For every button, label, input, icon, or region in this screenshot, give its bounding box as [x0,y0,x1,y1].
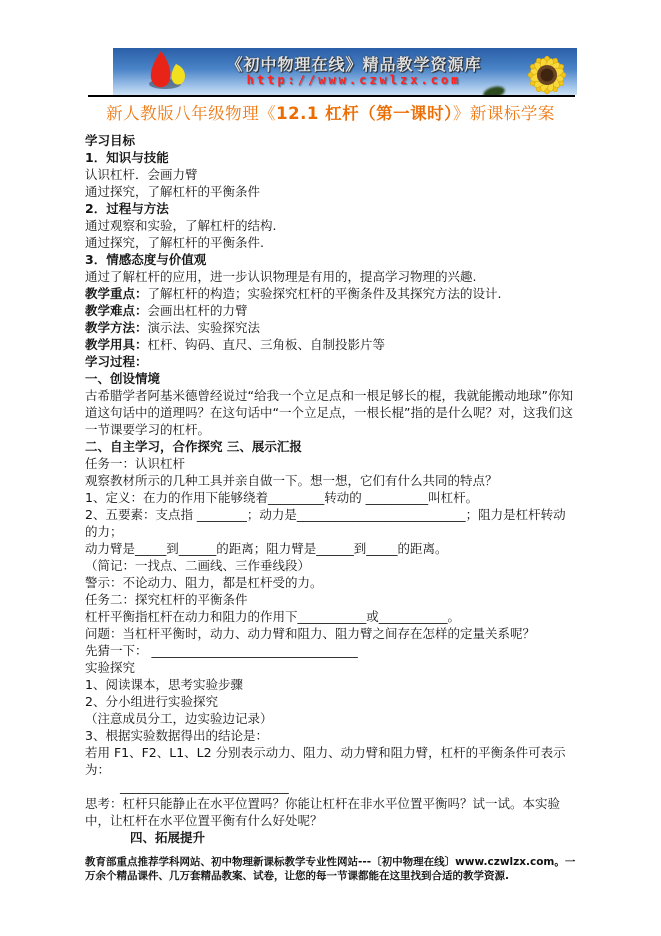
page-title-emphasis: 12.1 杠杆（第一课时） [276,104,453,123]
text-segment: 先猜一下： _________________________________ [85,643,358,658]
text-segment: 了解杠杆的构造；实验探究杠杆的平衡条件及其探究方法的设计. [148,286,502,301]
paragraph: 学习目标 [85,132,577,149]
text-segment: 二、自主学习，合作探究 三、展示汇报 [85,439,302,454]
page-title-prefix: 新人教版八年级物理《 [106,104,276,123]
text-segment: 杠杆平衡指杠杆在动力和阻力的作用下___________或___________… [85,609,460,624]
paragraph: 1．知识与技能 [85,149,577,166]
text-segment: 若用 F1、F2、L1、L2 分别表示动力、阻力、动力臂和阻力臂，杠杆的平衡条件… [85,745,566,777]
text-segment: 3．情感态度与价值观 [85,252,206,267]
text-segment: 教学用具： [85,337,148,352]
text-segment: 警示：不论动力、阻力，都是杠杆受的力。 [85,575,323,590]
paragraph: 认识杠杆．会画力臂 [85,166,577,183]
text-segment: 任务一：认识杠杆 [85,456,185,471]
paragraph: 二、自主学习，合作探究 三、展示汇报 [85,438,577,455]
paragraph: 通过观察和实验，了解杠杆的结构. [85,217,577,234]
banner-divider [88,95,575,97]
paragraph: 1、定义：在力的作用下能够绕着_________转动的 __________叫杠… [85,489,577,506]
text-segment: 教学重点： [85,286,148,301]
text-segment: 学习目标 [85,133,135,148]
text-segment: 实验探究 [85,660,135,675]
paragraph: 通过探究，了解杠杆的平衡条件. [85,234,577,251]
text-segment: 演示法、实验探究法 [148,320,261,335]
text-segment: 动力臂是_____到______的距离；阻力臂是______到_____的距离。 [85,541,448,556]
text-segment: 通过探究，了解杠杆的平衡条件 [85,184,260,199]
paragraph: 思考：杠杆只能静止在水平位置吗？你能让杠杆在非水平位置平衡吗？试一试。本实验中，… [85,795,577,829]
text-segment: 1．知识与技能 [85,150,169,165]
paragraph: 通过了解杠杆的应用，进一步认识物理是有用的，提高学习物理的兴趣. [85,268,577,285]
text-segment: 1、定义：在力的作用下能够绕着_________转动的 __________叫杠… [85,490,478,505]
banner-site-title: 《初中物理在线》精品教学资源库 [191,57,517,74]
text-segment: 2、五要素：支点指 ________；动力是__________________… [85,507,566,539]
text-segment: 认识杠杆．会画力臂 [85,167,198,182]
page: 《初中物理在线》精品教学资源库 http://www.czwlzx.com [0,0,661,936]
paragraph: 1、阅读课本，思考实验步骤 [85,676,577,693]
text-segment: 1、阅读课本，思考实验步骤 [85,677,243,692]
paragraph-container: 学习目标1．知识与技能认识杠杆．会画力臂通过探究，了解杠杆的平衡条件2．过程与方… [85,132,577,846]
paragraph: （注意成员分工，边实验边记录） [85,710,577,727]
flame-logo-icon [143,50,191,94]
text-segment: 思考：杠杆只能静止在水平位置吗？你能让杠杆在非水平位置平衡吗？试一试。本实验中，… [85,796,560,828]
paragraph: 3、根据实验数据得出的结论是： [85,727,577,744]
paragraph: 教学重点：了解杠杆的构造；实验探究杠杆的平衡条件及其探究方法的设计. [85,285,577,302]
paragraph: 教学方法：演示法、实验探究法 [85,319,577,336]
paragraph: 杠杆平衡指杠杆在动力和阻力的作用下___________或___________… [85,608,577,625]
paragraph: 2、五要素：支点指 ________；动力是__________________… [85,506,577,540]
footer-text: 教育部重点推荐学科网站、初中物理新课标教学专业性网站---〔初中物理在线〕www… [85,855,577,883]
text-segment: 观察教材所示的几种工具并亲自做一下。想一想，它们有什么共同的特点？ [85,473,498,488]
paragraph: 任务二：探究杠杆的平衡条件 [85,591,577,608]
text-segment: 任务二：探究杠杆的平衡条件 [85,592,248,607]
text-segment: 会画出杠杆的力臂 [148,303,248,318]
page-title: 新人教版八年级物理《12.1 杠杆（第一课时）》新课标学案 [0,100,661,124]
site-banner: 《初中物理在线》精品教学资源库 http://www.czwlzx.com [113,48,577,95]
page-title-suffix: 》新课标学案 [453,104,555,123]
text-segment: 2、分小组进行实验探究 [85,694,218,709]
text-segment: 通过观察和实验，了解杠杆的结构. [85,218,276,233]
text-segment: 2．过程与方法 [85,201,169,216]
paragraph: 实验探究 [85,659,577,676]
paragraph: 一、创设情境 [85,370,577,387]
text-segment: 通过了解杠杆的应用，进一步认识物理是有用的，提高学习物理的兴趣. [85,269,476,284]
text-segment: （注意成员分工，边实验边记录） [85,711,273,726]
paragraph: 古希腊学者阿基米德曾经说过“给我一个立足点和一根足够长的棍，我就能搬动地球”你知… [85,387,577,438]
paragraph: 2、分小组进行实验探究 [85,693,577,710]
text-segment: 四、拓展提升 [130,830,205,845]
paragraph: 学习过程： [85,353,577,370]
sunflower-icon [507,48,577,95]
text-segment: 问题：当杠杆平衡时，动力、动力臂和阻力、阻力臂之间存在怎样的定量关系呢？ [85,626,535,641]
paragraph: （简记：一找点、二画线、三作垂线段） [85,557,577,574]
paragraph: 动力臂是_____到______的距离；阻力臂是______到_____的距离。 [85,540,577,557]
paragraph: 警示：不论动力、阻力，都是杠杆受的力。 [85,574,577,591]
text-segment: （简记：一找点、二画线、三作垂线段） [85,558,310,573]
paragraph: ___________________________ [85,778,577,795]
text-segment: 教学方法： [85,320,148,335]
document-body: 学习目标1．知识与技能认识杠杆．会画力臂通过探究，了解杠杆的平衡条件2．过程与方… [85,132,577,883]
paragraph: 3．情感态度与价值观 [85,251,577,268]
paragraph: 观察教材所示的几种工具并亲自做一下。想一想，它们有什么共同的特点？ [85,472,577,489]
text-segment: 3、根据实验数据得出的结论是： [85,728,268,743]
paragraph: 教学用具：杠杆、钩码、直尺、三角板、自制投影片等 [85,336,577,353]
paragraph: 若用 F1、F2、L1、L2 分别表示动力、阻力、动力臂和阻力臂，杠杆的平衡条件… [85,744,577,778]
paragraph: 任务一：认识杠杆 [85,455,577,472]
text-segment: 教学难点： [85,303,148,318]
paragraph: 通过探究，了解杠杆的平衡条件 [85,183,577,200]
text-segment: 学习过程： [85,354,148,369]
text-segment: 一、创设情境 [85,371,160,386]
paragraph: 2．过程与方法 [85,200,577,217]
paragraph: 四、拓展提升 [85,829,577,846]
text-segment: 杠杆、钩码、直尺、三角板、自制投影片等 [148,337,386,352]
paragraph: 先猜一下： _________________________________ [85,642,577,659]
text-segment: 通过探究，了解杠杆的平衡条件. [85,235,264,250]
banner-site-url: http://www.czwlzx.com [191,74,517,87]
text-segment: 古希腊学者阿基米德曾经说过“给我一个立足点和一根足够长的棍，我就能搬动地球”你知… [85,388,573,437]
paragraph: 教学难点：会画出杠杆的力臂 [85,302,577,319]
paragraph: 问题：当杠杆平衡时，动力、动力臂和阻力、阻力臂之间存在怎样的定量关系呢？ [85,625,577,642]
text-segment: ___________________________ [120,779,289,794]
